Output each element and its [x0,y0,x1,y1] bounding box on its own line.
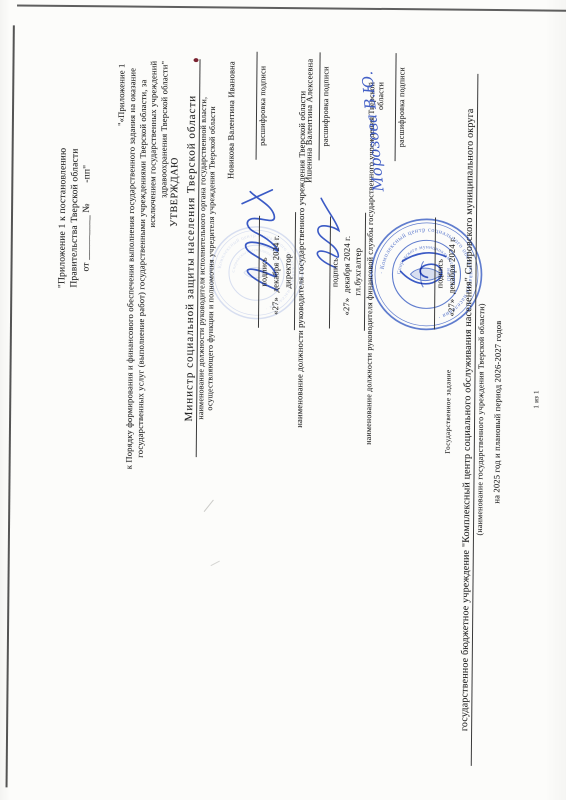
pencil-mark [204,500,214,512]
annex-note-line1: "Приложение 1 к постановлению [57,128,69,308]
approver-date: «27» декабря 2024 г. [271,213,282,337]
scan-edge-top [6,25,15,787]
annex-block-line5: здравоохранения Тверской области" [156,61,170,477]
period-line: на 2025 год и плановый период 2026-2027 … [492,277,504,547]
rotated-sheet: "Приложение 1 к постановлению Правительс… [0,0,566,800]
approve-label: УТВЕРЖДАЮ [169,148,181,236]
page-number: 1 из 1 [533,364,541,434]
director-date: «27» декабря 2024 г. [342,214,353,338]
director-name: Ишенина Валентина Алексеевна [304,53,315,188]
approver-sign-caption: подпись [260,216,270,328]
institution-caption: (наименование государственного учреждени… [476,272,488,567]
director-name-caption: расшифровка подписи [321,52,331,160]
scanned-page: "Приложение 1 к постановлению Правительс… [0,0,566,800]
document-title: Государственное задание [444,262,455,562]
director-sign-caption: подпись [331,216,341,328]
annex-note-line3: от _________ № -пп" [81,128,93,308]
annex-note-line2: Правительства Тверской области [69,128,81,308]
accountant-name-caption: расшифровка подписи [397,53,407,161]
accountant-position: гл.бухгалтер [353,213,366,331]
scan-edge-right [17,5,566,12]
approver-name-caption: расшифровка подписи [258,52,268,160]
director-position: директор [283,212,296,330]
pencil-mark [211,561,220,566]
sheet-content: "Приложение 1 к постановлению Правительс… [0,0,566,800]
accountant-sign-caption: подпись [436,217,446,329]
approver-name: Новикова Валентина Ивановна [226,52,237,187]
